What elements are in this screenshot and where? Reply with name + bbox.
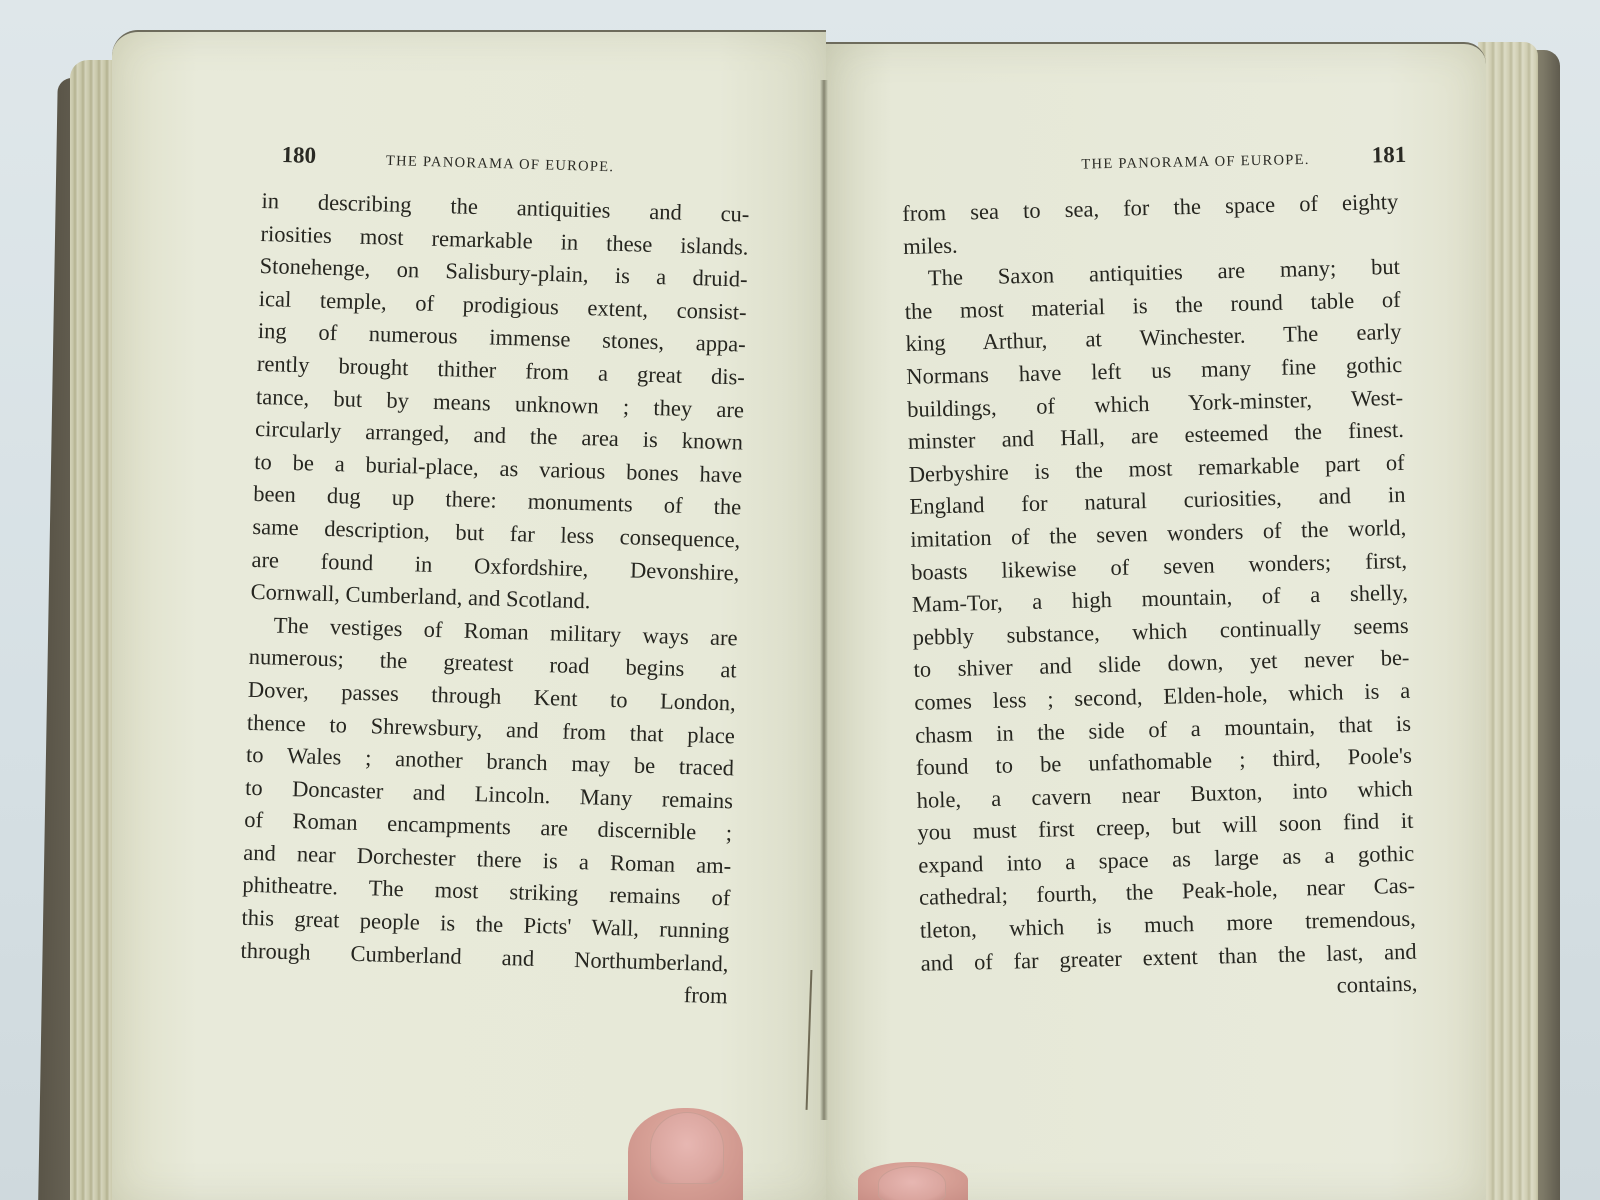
right-page-body: from sea to sea, for the space of eighty… xyxy=(902,186,1418,1013)
left-page-body: in describing the antiquities and cu- ri… xyxy=(239,185,750,1013)
page-number: 181 xyxy=(1371,142,1406,169)
book-gutter xyxy=(820,80,828,1120)
running-title: THE PANORAMA OF EUROPE. xyxy=(1081,152,1310,174)
thumbnail xyxy=(650,1112,724,1184)
thumbnail xyxy=(878,1166,946,1200)
open-book: 180 THE PANORAMA OF EUROPE. in describin… xyxy=(0,0,1600,1200)
thumb-right xyxy=(858,1162,968,1200)
page-edges-right xyxy=(1478,42,1538,1200)
thumb-left xyxy=(628,1108,743,1200)
page-number: 180 xyxy=(281,142,316,169)
